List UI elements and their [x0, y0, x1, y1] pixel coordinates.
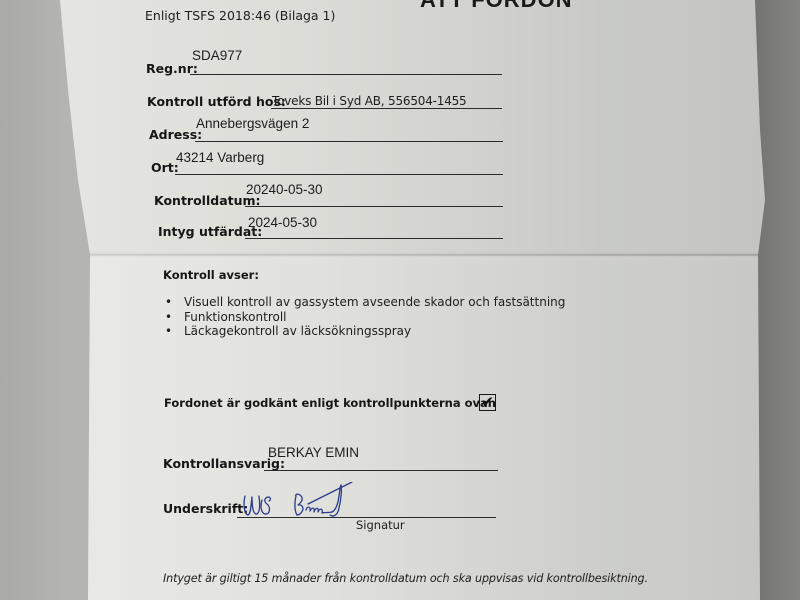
list-item-text: Funktionskontroll [184, 310, 287, 324]
reg-nr-value: SDA977 [192, 48, 242, 63]
kontroll-avser-heading: Kontroll avser: [163, 268, 259, 282]
checkmark-icon: ✔ [481, 395, 494, 410]
kontrollansvarig-value: BERKAY EMIN [268, 445, 359, 460]
document-title: ATT FORDON [420, 0, 573, 13]
list-item: • Funktionskontroll [165, 310, 565, 325]
kontroll-utford-hos-underline [271, 108, 502, 109]
approval-checkbox[interactable]: ✔ [479, 394, 496, 411]
adress-underline [195, 141, 503, 142]
signature-caption: Signatur [356, 518, 405, 532]
kontrollansvarig-label: Kontrollansvarig: [163, 456, 285, 471]
kontrolldatum-underline [245, 206, 503, 207]
kontroll-utford-hos-label: Kontroll utförd hos: [147, 94, 286, 109]
list-item: • Visuell kontroll av gassystem avseende… [165, 295, 565, 310]
paper-fold-line [88, 254, 760, 256]
list-item-text: Visuell kontroll av gassystem avseende s… [184, 295, 565, 309]
intyg-utfardat-label: Intyg utfärdat: [158, 224, 262, 239]
underskrift-label: Underskrift: [163, 501, 248, 516]
kontroll-utford-hos-value: Toveks Bil i Syd AB, 556504-1455 [272, 94, 467, 108]
ort-label: Ort: [151, 160, 179, 175]
adress-label: Adress: [149, 127, 202, 142]
list-item: • Läckagekontroll av läcksökningsspray [165, 324, 565, 339]
bullet-icon: • [165, 295, 172, 310]
intyg-utfardat-value: 2024-05-30 [248, 215, 317, 230]
reg-nr-underline [190, 74, 502, 75]
ort-underline [175, 174, 503, 175]
document-subtitle: Enligt TSFS 2018:46 (Bilaga 1) [145, 8, 335, 23]
kontrolldatum-value: 20240-05-30 [246, 182, 323, 197]
list-item-text: Läckagekontroll av läcksökningsspray [184, 324, 411, 338]
certificate-paper: ATT FORDON Enligt TSFS 2018:46 (Bilaga 1… [0, 0, 800, 600]
bullet-icon: • [165, 324, 172, 339]
approval-statement: Fordonet är godkänt enligt kontrollpunkt… [164, 396, 496, 410]
intyg-utfardat-underline [245, 238, 503, 239]
ort-value: 43214 Varberg [176, 150, 264, 165]
adress-value: Annebergsvägen 2 [196, 116, 309, 131]
bullet-icon: • [165, 310, 172, 325]
kontroll-avser-list: • Visuell kontroll av gassystem avseende… [165, 295, 565, 339]
kontrollansvarig-underline [264, 470, 498, 471]
validity-note: Intyget är giltigt 15 månader från kontr… [163, 572, 648, 585]
handwritten-signature [240, 482, 360, 522]
